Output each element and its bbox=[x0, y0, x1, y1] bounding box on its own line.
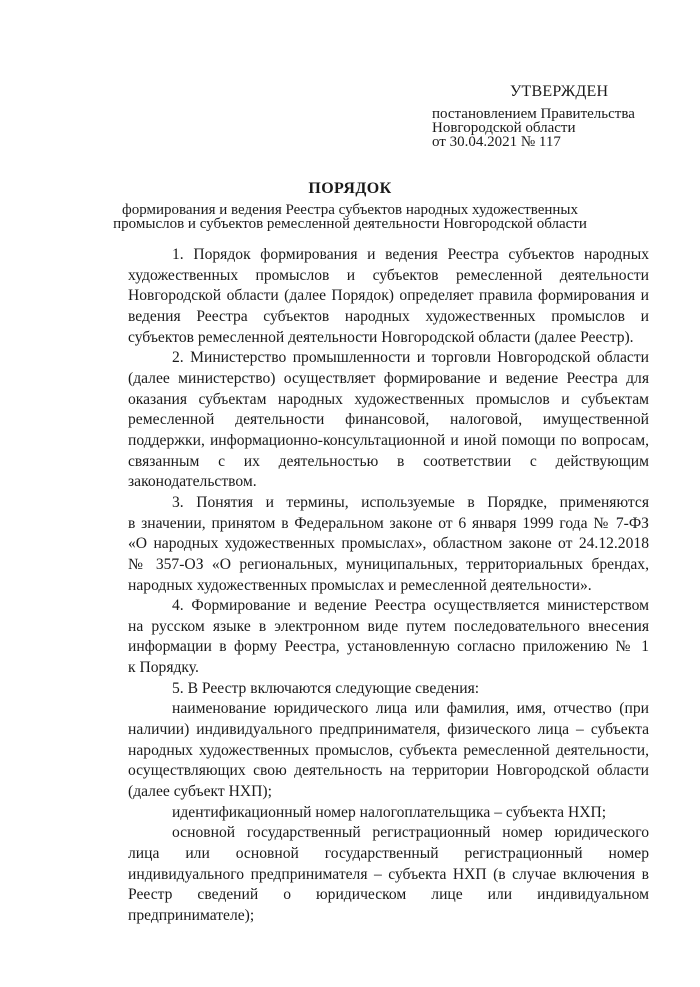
body-text-line: лица или основной государственный регист… bbox=[128, 844, 649, 865]
body-text-line: основной государственный регистрационный… bbox=[128, 823, 649, 844]
body-text-line: Новгородской области (далее Порядок) опр… bbox=[128, 286, 649, 307]
body-text-line: оказания субъектам народных художественн… bbox=[128, 390, 649, 411]
body-text-line: (далее министерство) осуществляет формир… bbox=[128, 369, 649, 390]
document-subtitle-line: промыслов и субъектов ремесленной деятел… bbox=[0, 217, 700, 231]
body-text-line: предпринимателе); bbox=[128, 906, 649, 927]
body-text-line: 3. Понятия и термины, используемые в Пор… bbox=[128, 493, 649, 514]
body-text-line: информации в форму Реестра, установленну… bbox=[128, 637, 649, 658]
body-text-line: «О народных художественных промыслах», о… bbox=[128, 534, 649, 555]
approval-line: от 30.04.2021 № 117 bbox=[432, 135, 561, 150]
body-text-line: 2. Министерство промышленности и торговл… bbox=[128, 348, 649, 369]
body-text-line: ведения Реестра субъектов народных худож… bbox=[128, 307, 649, 328]
body-text-line: поддержки, информационно-консультационно… bbox=[128, 431, 649, 452]
body-text-line: субъектов ремесленной деятельности Новго… bbox=[128, 328, 649, 349]
body-text-line: связанным с их деятельностью в соответст… bbox=[128, 452, 649, 473]
body-text-line: наименование юридического лица или фамил… bbox=[128, 699, 649, 720]
body-text-line: 4. Формирование и ведение Реестра осущес… bbox=[128, 596, 649, 617]
body-text-line: Реестр сведений о юридическом лице или и… bbox=[128, 885, 649, 906]
body-text-line: ремесленной деятельности финансовой, нал… bbox=[128, 410, 649, 431]
approval-title: УТВЕРЖДЕН bbox=[510, 84, 608, 99]
body-text-line: 1. Порядок формирования и ведения Реестр… bbox=[128, 245, 649, 266]
body-text-line: законодательством. bbox=[128, 472, 649, 493]
body-text-line: 5. В Реестр включаются следующие сведени… bbox=[128, 679, 649, 700]
body-text-line: осуществляющих свою деятельность на терр… bbox=[128, 761, 649, 782]
body-text-line: народных художественных промыслах и реме… bbox=[128, 576, 649, 597]
document-body: 1. Порядок формирования и ведения Реестр… bbox=[128, 245, 649, 927]
body-text-line: (далее субъект НХП); bbox=[128, 782, 649, 803]
body-text-line: индивидуального предпринимателя – субъек… bbox=[128, 865, 649, 886]
document-subtitle-line: формирования и ведения Реестра субъектов… bbox=[0, 203, 700, 217]
body-text-line: художественных промыслов и субъектов рем… bbox=[128, 266, 649, 287]
body-text-line: на русском языке в электронном виде путе… bbox=[128, 617, 649, 638]
document-title: ПОРЯДОК bbox=[0, 180, 700, 198]
body-text-line: в значении, принятом в Федеральном закон… bbox=[128, 514, 649, 535]
body-text-line: народных художественных промыслов, субъе… bbox=[128, 741, 649, 762]
body-text-line: наличии) индивидуального предпринимателя… bbox=[128, 720, 649, 741]
body-text-line: № 357-ОЗ «О региональных, муниципальных,… bbox=[128, 555, 649, 576]
body-text-line: идентификационный номер налогоплательщик… bbox=[128, 803, 649, 824]
body-text-line: к Порядку. bbox=[128, 658, 649, 679]
document-page: УТВЕРЖДЕН постановлением Правительства Н… bbox=[0, 0, 700, 987]
